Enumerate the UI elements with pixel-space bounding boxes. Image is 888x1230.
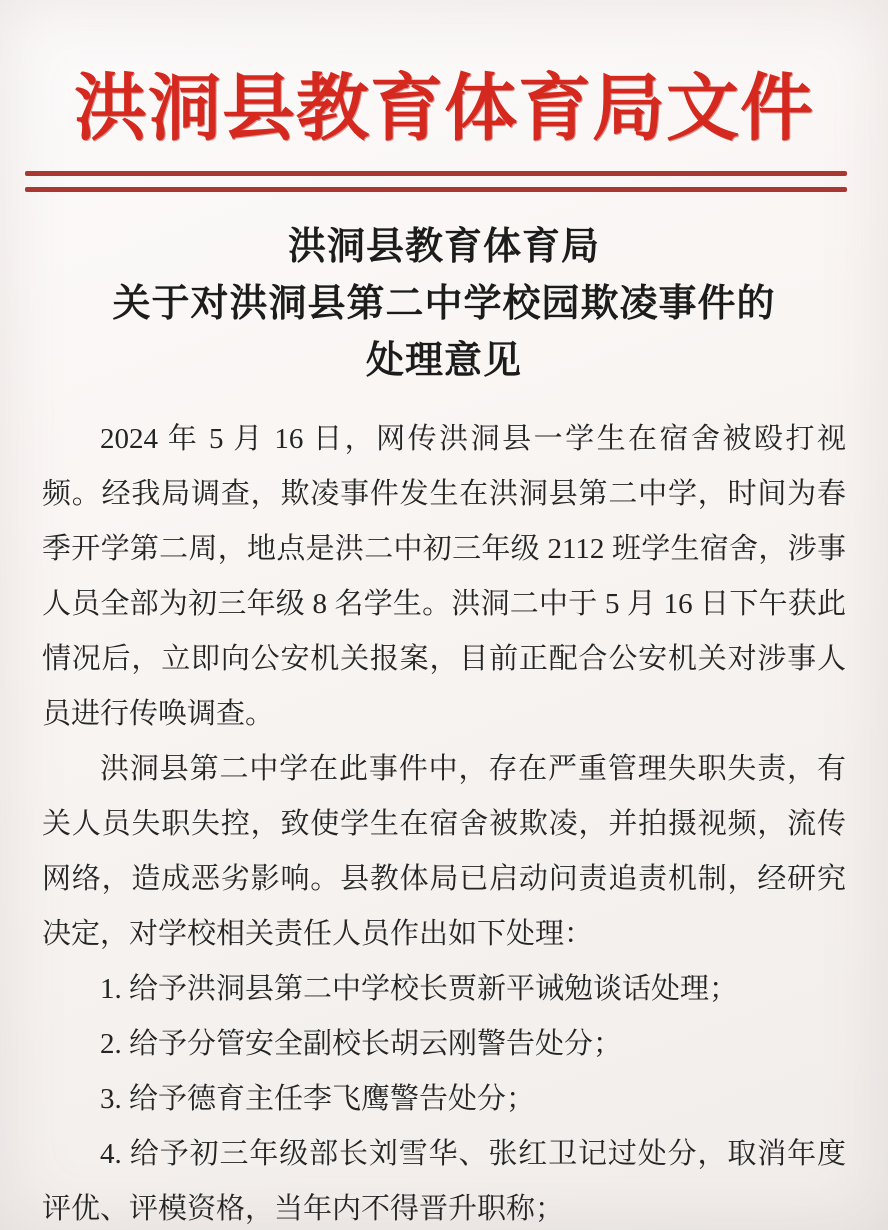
list-item-punishment-1: 1. 给予洪洞县第二中学校长贾新平诫勉谈话处理； xyxy=(42,962,846,1017)
red-separator-rule-bottom xyxy=(25,187,847,192)
list-item-punishment-4: 4. 给予初三年级部长刘雪华、张红卫记过处分，取消年度评优、评模资格，当年内不得… xyxy=(42,1127,846,1230)
paragraph-incident-description: 2024 年 5 月 16 日，网传洪洞县一学生在宿舍被殴打视频。经我局调查，欺… xyxy=(42,412,846,742)
paragraph-accountability-intro: 洪洞县第二中学在此事件中，存在严重管理失职失责，有关人员失职失控，致使学生在宿舍… xyxy=(42,742,846,962)
title-line-issuer: 洪洞县教育体育局 xyxy=(0,219,888,276)
title-line-subject: 关于对洪洞县第二中学校园欺凌事件的 xyxy=(0,276,888,333)
document-body: 2024 年 5 月 16 日，网传洪洞县一学生在宿舍被殴打视频。经我局调查，欺… xyxy=(42,412,846,1230)
title-line-type: 处理意见 xyxy=(0,333,888,390)
document-title: 洪洞县教育体育局 关于对洪洞县第二中学校园欺凌事件的 处理意见 xyxy=(0,219,888,390)
scanned-document-page: 洪洞县教育体育局文件 洪洞县教育体育局 关于对洪洞县第二中学校园欺凌事件的 处理… xyxy=(0,0,888,1230)
list-item-punishment-2: 2. 给予分管安全副校长胡云刚警告处分； xyxy=(42,1017,846,1072)
red-separator-rule-top xyxy=(25,171,847,176)
letterhead-title: 洪洞县教育体育局文件 xyxy=(0,55,888,163)
list-item-punishment-3: 3. 给予德育主任李飞鹰警告处分； xyxy=(42,1072,846,1127)
